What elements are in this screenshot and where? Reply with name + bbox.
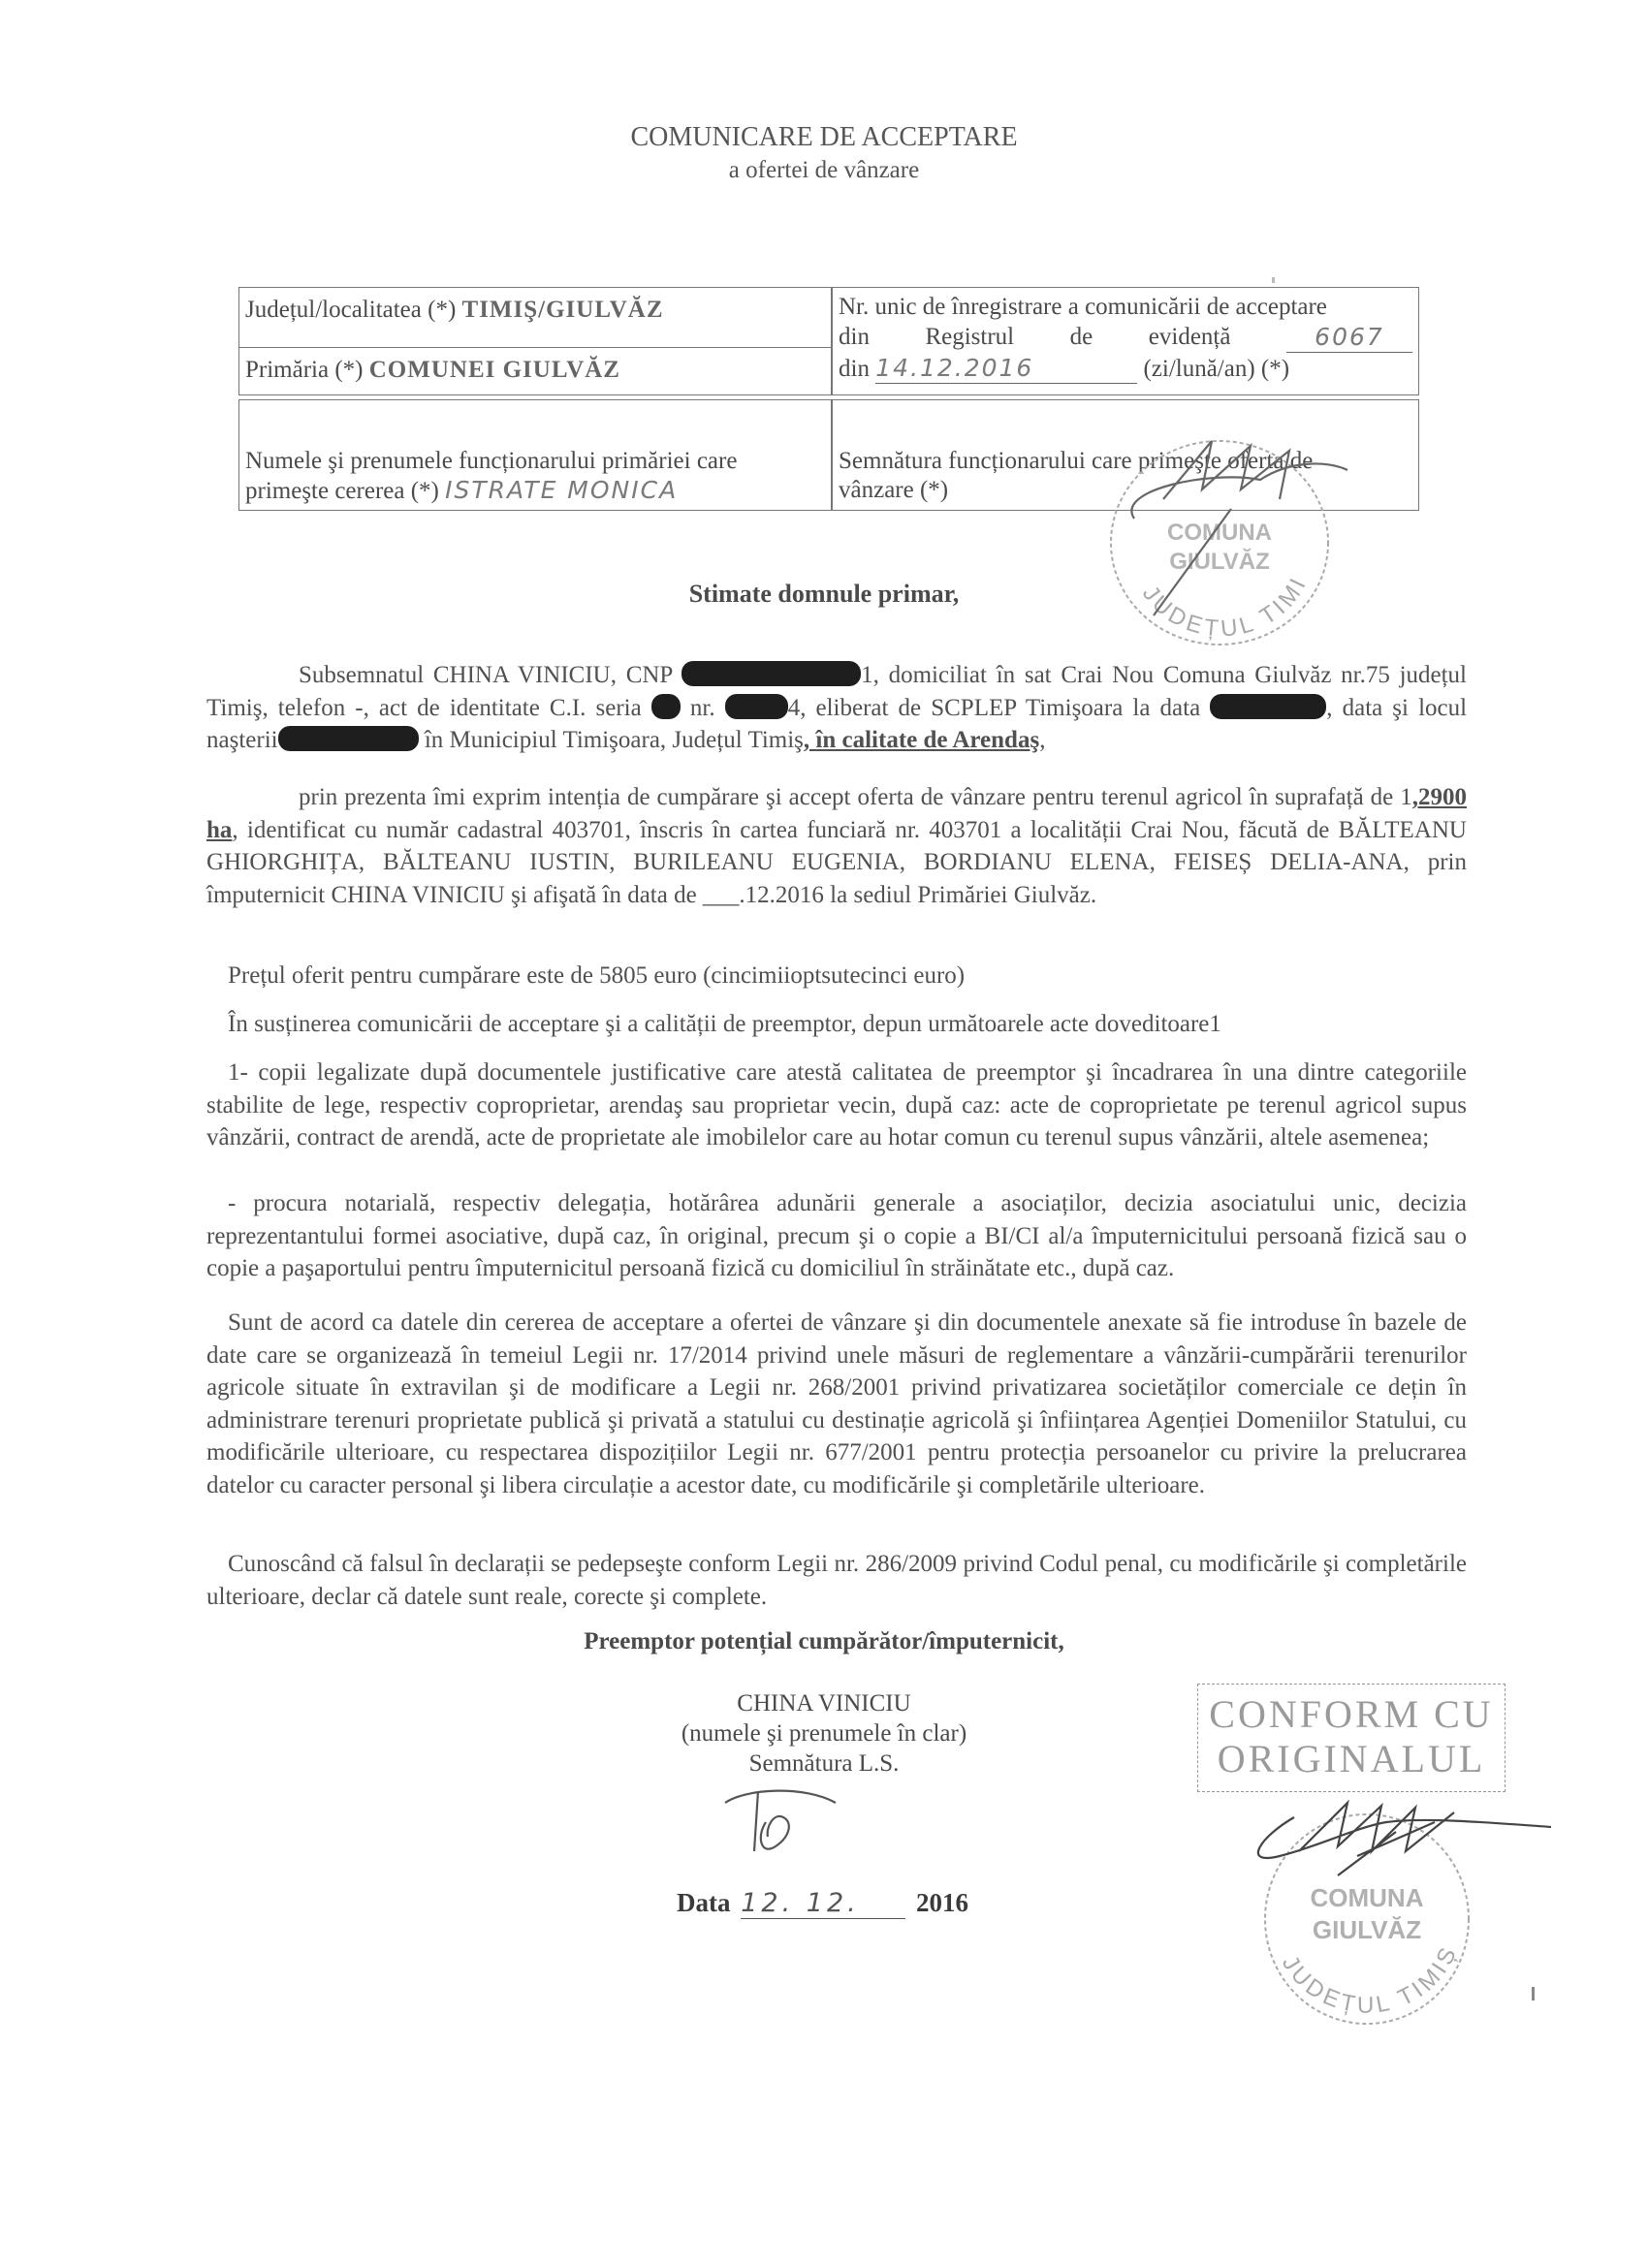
official-name-label-2: primeşte cererea (*): [245, 478, 439, 504]
scan-mark: [1532, 1987, 1535, 2000]
town-hall-value: COMUNEI GIULVĂZ: [369, 357, 620, 383]
scan-speck: [1272, 277, 1275, 283]
svg-text:COMUNA: COMUNA: [1167, 520, 1272, 546]
svg-text:GIULVĂZ: GIULVĂZ: [1313, 1915, 1421, 1944]
date-year: 2016: [916, 1888, 968, 1917]
county-value: TIMIŞ/GIULVĂZ: [462, 297, 664, 323]
registration-cell: Nr. unic de înregistrare a comunicării d…: [832, 287, 1419, 395]
svg-text:GIULVĂZ: GIULVĂZ: [1169, 548, 1270, 575]
declaration-paragraph: Cunoscând că falsul în declarații se ped…: [206, 1548, 1467, 1613]
county-cell: Județul/localitatea (*) TIMIŞ/GIULVĂZ: [238, 287, 832, 348]
redacted-birth-date: [278, 726, 419, 751]
registration-line2: din Registrul de evidență 6067: [839, 322, 1412, 353]
supporting-docs-item-2: - procura notarială, respectiv delegația…: [206, 1187, 1467, 1285]
town-hall-cell: Primăria (*) COMUNEI GIULVĂZ: [238, 347, 832, 395]
official-name-label-1: Numele şi prenumele funcționarului primă…: [245, 447, 825, 476]
date-handwritten[interactable]: 12. 12.: [741, 1888, 905, 1919]
town-hall-seal-bottom: COMUNA GIULVĂZ JUDEȚUL TIMIȘ: [1241, 1798, 1561, 2031]
registration-line1: Nr. unic de înregistrare a comunicării d…: [839, 292, 1412, 322]
redacted-id-series: [651, 694, 681, 719]
official-name-cell: Numele şi prenumele funcționarului primă…: [238, 399, 832, 511]
town-hall-label: Primăria (*): [245, 357, 363, 383]
official-signature-label-1: Semnătura funcționarului care primeşte o…: [839, 447, 1412, 476]
date-label: Data: [677, 1888, 731, 1917]
redacted-id-number: [725, 694, 788, 719]
county-label: Județul/localitatea (*): [245, 297, 456, 323]
supporting-docs-intro: În susținerea comunicării de acceptare ş…: [206, 1008, 1467, 1041]
redacted-cnp: [681, 661, 861, 686]
capacity-arendas: , în calitate de Arendaş: [804, 727, 1039, 753]
applicant-paragraph: Subsemnatul CHINA VINICIU, CNP 1, domici…: [206, 659, 1467, 757]
document-subtitle: a ofertei de vânzare: [0, 155, 1648, 186]
supporting-docs-item-1: 1- copii legalizate după documentele jus…: [206, 1056, 1467, 1154]
data-consent-paragraph: Sunt de acord ca datele din cererea de a…: [206, 1307, 1467, 1501]
registration-line3: din 14.12.2016 (zi/lună/an) (*): [839, 353, 1412, 384]
official-signature-cell: Semnătura funcționarului care primeşte o…: [832, 399, 1419, 511]
redacted-issue-date: [1210, 694, 1326, 719]
certified-copy-stamp: CONFORM CU ORIGINALUL: [1197, 1684, 1505, 1792]
svg-text:JUDEȚUL TIMIȘ: JUDEȚUL TIMIȘ: [1277, 1940, 1463, 2019]
price-paragraph: Prețul oferit pentru cumpărare este de 5…: [206, 960, 1467, 992]
date-line: Data 12. 12. 2016: [677, 1888, 968, 1919]
signature-title: Preemptor potențial cumpărător/împuterni…: [0, 1628, 1648, 1655]
registration-number[interactable]: 6067: [1286, 322, 1412, 353]
applicant-signature: [717, 1783, 843, 1861]
official-name-handwritten[interactable]: ISTRATE MONICA: [445, 476, 678, 504]
svg-text:COMUNA: COMUNA: [1311, 1883, 1424, 1912]
official-signature-label-2: vânzare (*): [839, 476, 1412, 505]
land-paragraph: prin prezenta îmi exprim intenția de cum…: [206, 781, 1467, 911]
registration-date[interactable]: 14.12.2016: [875, 353, 1137, 384]
document-title: COMUNICARE DE ACCEPTARE: [0, 120, 1648, 155]
greeting: Stimate domnule primar,: [0, 580, 1648, 609]
